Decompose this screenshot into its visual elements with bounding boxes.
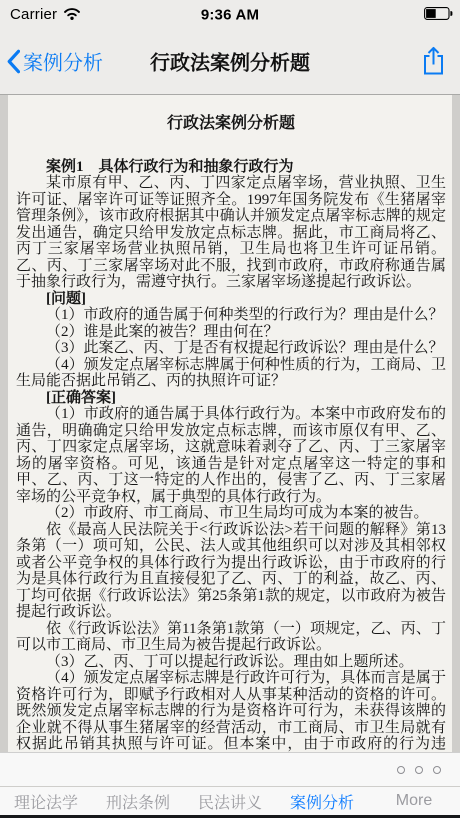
bottom-toolbar <box>0 752 460 786</box>
tab-theory-law[interactable]: 理论法学 <box>0 787 92 815</box>
share-icon <box>422 47 445 76</box>
tab-bar: 理论法学刑法条例民法讲义案例分析More <box>0 787 460 815</box>
document-paragraph: 某市原有甲、乙、丙、丁四家定点屠宰场，营业执照、卫生许可证、屠宰许可证等证照齐全… <box>16 175 446 291</box>
document-paragraph: （2）市政府、市工商局、市卫生局均可成为本案的被告。 <box>16 505 446 522</box>
document-paragraph: （3）乙、丙、丁可以提起行政诉讼。理由如上题所述。 <box>16 654 446 671</box>
document-paragraph: （1）市政府的通告属于何种类型的行政行为？理由是什么？ <box>16 307 446 324</box>
page-dot-icon <box>433 766 441 774</box>
document-title: 行政法案例分析题 <box>16 116 446 133</box>
chevron-left-icon <box>7 49 20 73</box>
document-paragraph: 依《行政诉讼法》第11条第1款第（一）项规定，乙、丙、丁可以市工商局、市卫生局为… <box>16 621 446 654</box>
document-paragraph: （3）此案乙、丙、丁是否有权提起行政诉讼？理由是什么？ <box>16 340 446 357</box>
document-viewer[interactable]: 行政法案例分析题 案例1 具体行政行为和抽象行政行为某市原有甲、乙、丙、丁四家定… <box>0 95 460 752</box>
share-button[interactable] <box>422 47 445 76</box>
tab-civil-law[interactable]: 民法讲义 <box>184 787 276 815</box>
document-paragraph: （4）颁发定点屠宰标志牌是行政许可行为，具体而言是属于资格许可行为，即赋予行政相… <box>16 670 446 752</box>
back-button-label: 案例分析 <box>23 47 103 76</box>
page-dot-icon <box>397 766 405 774</box>
tab-more[interactable]: More <box>368 787 460 815</box>
tab-criminal-law[interactable]: 刑法条例 <box>92 787 184 815</box>
wifi-icon <box>63 7 81 24</box>
back-button[interactable]: 案例分析 <box>7 47 103 76</box>
document-page: 行政法案例分析题 案例1 具体行政行为和抽象行政行为某市原有甲、乙、丙、丁四家定… <box>8 95 452 752</box>
document-paragraph: 案例1 具体行政行为和抽象行政行为 <box>16 159 446 176</box>
app-screen: Carrier 9:36 AM <box>0 0 460 818</box>
document-paragraph: （2）谁是此案的被告？理由何在？ <box>16 324 446 341</box>
clock-label: 9:36 AM <box>201 7 259 24</box>
page-title: 行政法案例分析题 <box>150 47 310 76</box>
document-paragraph: [问题] <box>16 291 446 308</box>
page-dot-icon <box>415 766 423 774</box>
document-paragraph: （4）颁发定点屠宰标志牌属于何种性质的行为，工商局、卫生局能否据此吊销乙、丙的执… <box>16 357 446 390</box>
top-chrome: Carrier 9:36 AM <box>0 0 460 95</box>
status-bar: Carrier 9:36 AM <box>0 0 460 28</box>
page-dots[interactable] <box>397 766 441 774</box>
navigation-bar: 案例分析 行政法案例分析题 <box>0 28 460 94</box>
tab-case-analysis[interactable]: 案例分析 <box>276 787 368 815</box>
document-body: 案例1 具体行政行为和抽象行政行为某市原有甲、乙、丙、丁四家定点屠宰场，营业执照… <box>16 159 446 753</box>
carrier-label: Carrier <box>10 6 57 23</box>
document-paragraph: [正确答案] <box>16 390 446 407</box>
battery-icon <box>424 7 453 24</box>
document-paragraph: （1）市政府的通告属于具体行政行为。本案中市政府发布的通告，明确确定只给甲发放定… <box>16 406 446 505</box>
document-paragraph: 依《最高人民法院关于<行政诉讼法>若干问题的解释》第13条第（一）项可知，公民、… <box>16 522 446 621</box>
